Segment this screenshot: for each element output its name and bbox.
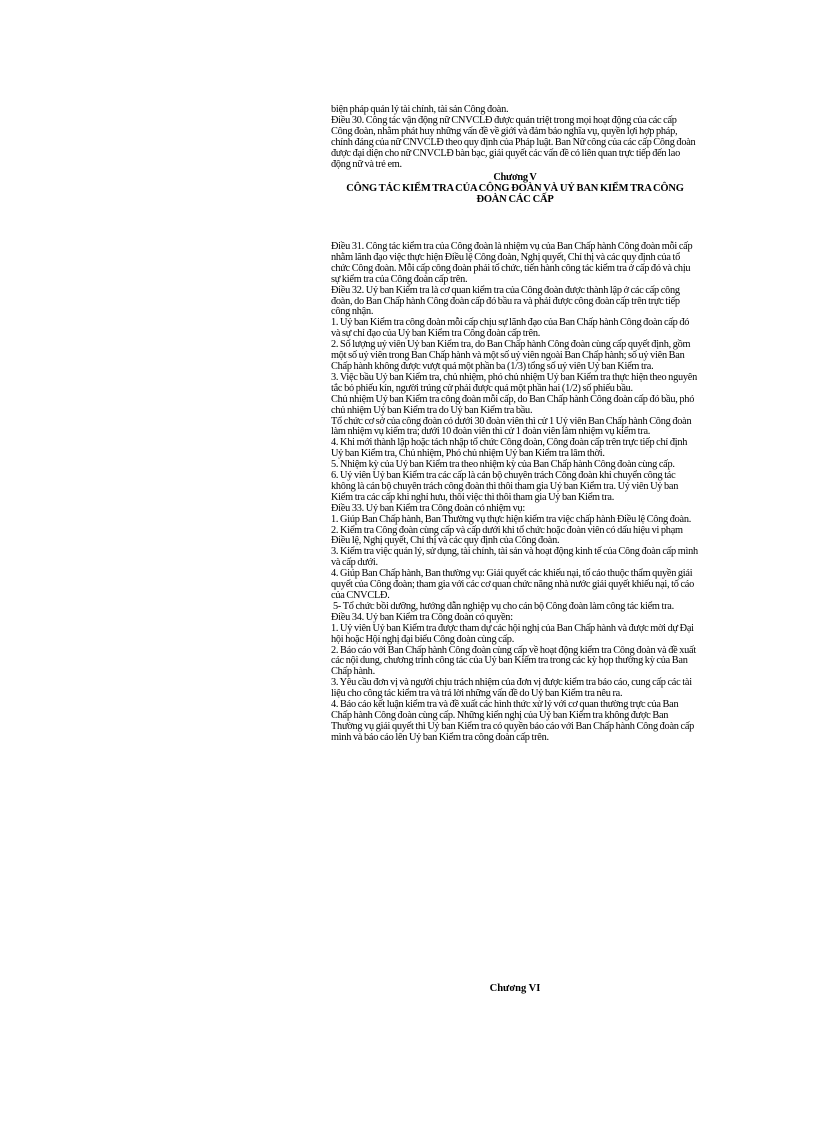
paragraph-article-33-item-1: 1. Giúp Ban Chấp hành, Ban Thường vụ thự… — [331, 515, 699, 526]
chapter-5-title: CÔNG TÁC KIỂM TRA CỦA CÔNG ĐOÀN VÀ UỶ BA… — [331, 184, 699, 206]
paragraph-article-33-item-4: 4. Giúp Ban Chấp hành, Ban thường vụ: Gi… — [331, 569, 699, 602]
document-page-top: biện pháp quản lý tài chính, tài sản Côn… — [331, 105, 699, 206]
paragraph-article-34-item-4: 4. Báo cáo kết luận kiểm tra và đề xuất … — [331, 700, 699, 744]
paragraph-article-33-item-2: 2. Kiểm tra Công đoàn cùng cấp và cấp dư… — [331, 526, 699, 548]
document-body: Điều 31. Công tác kiểm tra của Công đoàn… — [331, 242, 699, 744]
paragraph-article-34-item-1: 1. Uỷ viên Uỷ ban Kiểm tra được tham dự … — [331, 624, 699, 646]
chapter-6-label: Chương VI — [331, 983, 699, 994]
paragraph-article-33-item-3: 3. Kiểm tra việc quản lý, sử dụng, tài c… — [331, 547, 699, 569]
paragraph-article-31: Điều 31. Công tác kiểm tra của Công đoàn… — [331, 242, 699, 286]
paragraph-article-32-chair: Chủ nhiệm Uỷ ban Kiểm tra công đoàn mỗi … — [331, 395, 699, 417]
paragraph-article-32-item-1: 1. Uỷ ban Kiểm tra công đoàn mỗi cấp chị… — [331, 318, 699, 340]
paragraph-article-34-item-2: 2. Báo cáo với Ban Chấp hành Công đoàn c… — [331, 646, 699, 679]
paragraph-article-32-grassroots: Tổ chức cơ sở của công đoàn có dưới 30 đ… — [331, 417, 699, 439]
paragraph-article-32-item-6: 6. Uỷ viên Uỷ ban Kiểm tra các cấp là cá… — [331, 471, 699, 504]
paragraph-article-32-item-3: 3. Việc bầu Uỷ ban Kiểm tra, chủ nhiệm, … — [331, 373, 699, 395]
paragraph-article-32: Điều 32. Uỷ ban Kiểm tra là cơ quan kiểm… — [331, 286, 699, 319]
paragraph-article-32-item-4: 4. Khi mới thành lập hoặc tách nhập tổ c… — [331, 438, 699, 460]
paragraph-article-30: Điều 30. Công tác vận động nữ CNVCLĐ đượ… — [331, 116, 699, 171]
paragraph-article-32-item-2: 2. Số lượng uỷ viên Uỷ ban Kiểm tra, do … — [331, 340, 699, 373]
paragraph-article-34-item-3: 3. Yêu cầu đơn vị và người chịu trách nh… — [331, 678, 699, 700]
